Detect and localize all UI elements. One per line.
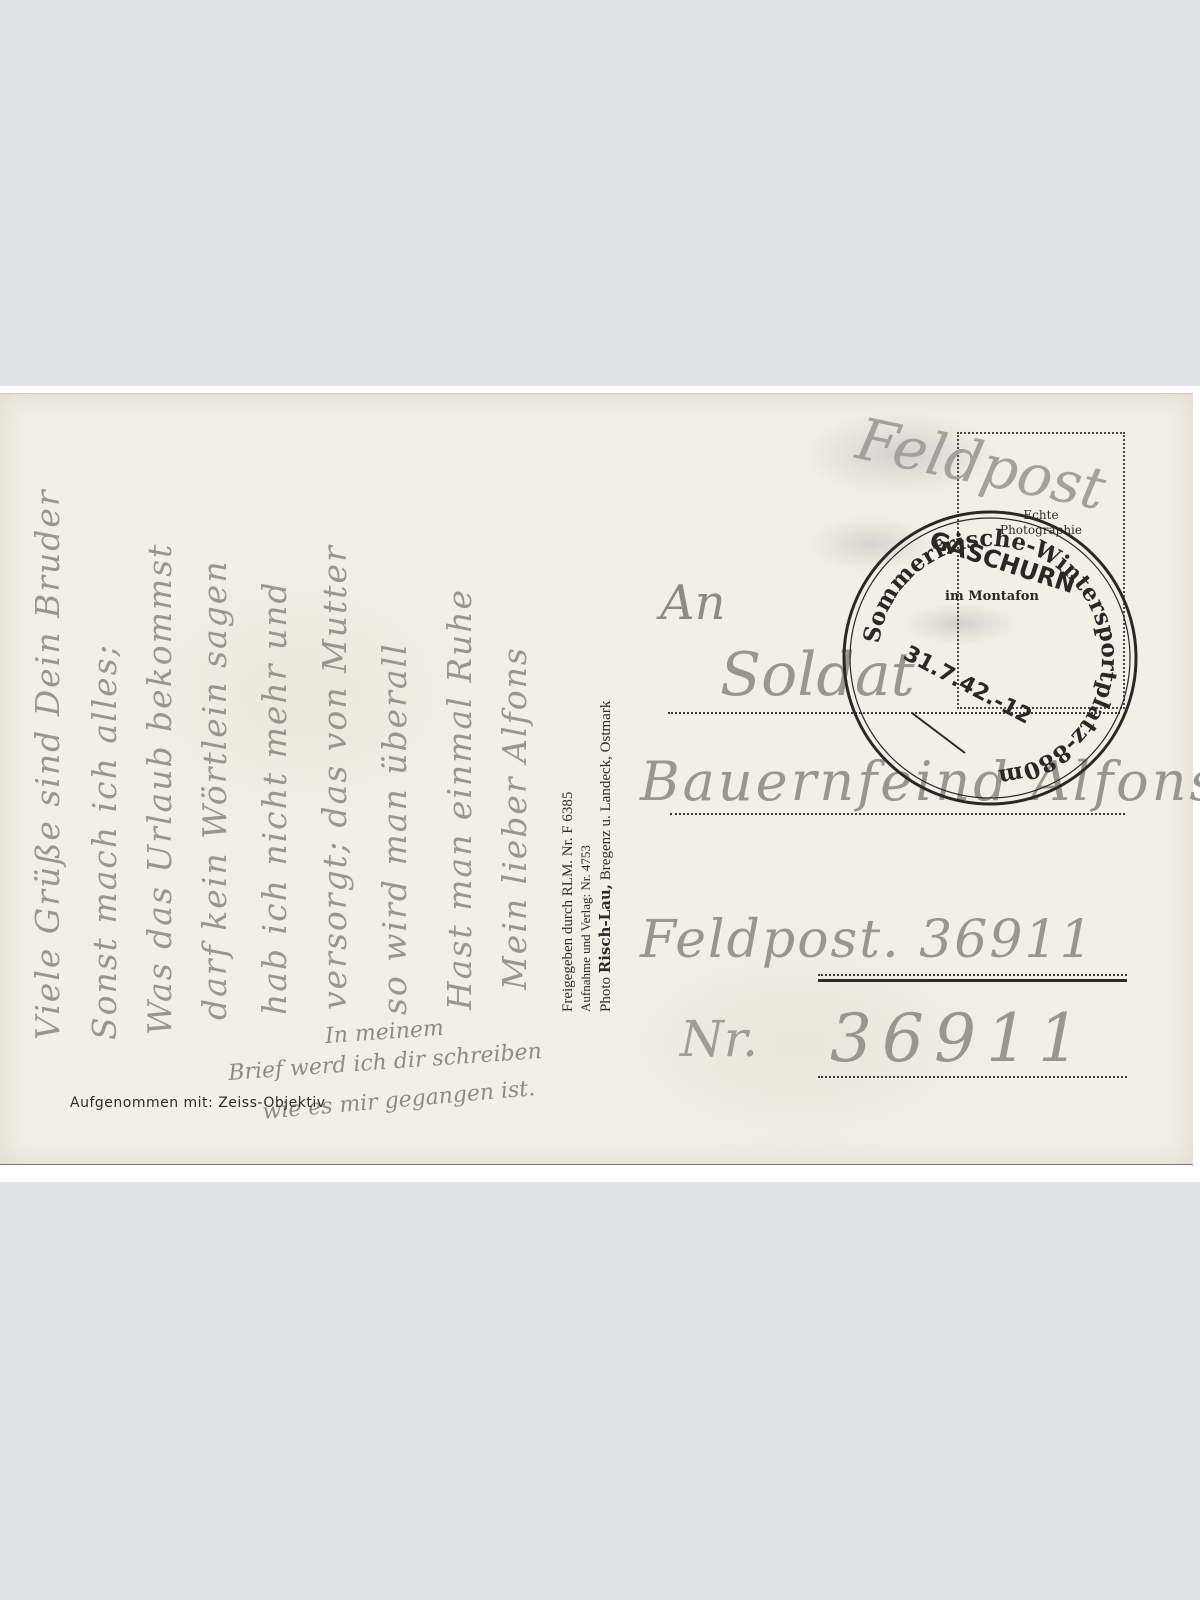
postmark-date: 31.7.42.-12 xyxy=(899,641,1036,729)
message-line: Sonst mach ich alles; xyxy=(85,643,124,1040)
message-line: Viele Grüße sind Dein Bruder xyxy=(28,488,67,1040)
printed-publisher-note: Aufnahme und Verlag: Nr. 4753 xyxy=(578,845,594,1012)
postmark-cancellation: Sommerfrische-Wintersportplatz-880m GASC… xyxy=(840,508,1140,808)
message-line: so wird man überall xyxy=(375,642,414,1015)
message-line: Was das Urlaub bekommst xyxy=(140,543,179,1035)
message-line: Hast man einmal Ruhe xyxy=(440,588,479,1010)
photo-credit-publisher: Risch-Lau, xyxy=(596,884,614,973)
photo-credit-prefix: Photo xyxy=(598,973,614,1012)
message-line: darf kein Wörtlein sagen xyxy=(195,559,234,1020)
address-line xyxy=(818,974,1127,976)
address-underline-thick xyxy=(818,979,1127,982)
postmark-sub: im Montafon xyxy=(945,589,1039,604)
address-line xyxy=(670,813,1125,815)
address-nr-prefix: Nr. xyxy=(680,1010,758,1068)
address-an: An xyxy=(660,575,726,631)
message-line: hab ich nicht mehr und xyxy=(255,580,294,1015)
message-line: versorgt; das von Mutter xyxy=(315,544,354,1010)
address-nr-number: 36911 xyxy=(830,1000,1090,1077)
printed-lens-note: Aufgenommen mit: Zeiss-Objektiv xyxy=(70,1095,326,1111)
message-line: Mein lieber Alfons xyxy=(495,646,534,990)
photo-credit-location: Bregenz u. Landeck, Ostmark xyxy=(598,701,614,884)
printed-photo-credit: Photo Risch-Lau, Bregenz u. Landeck, Ost… xyxy=(596,701,615,1012)
printed-censor-note: Freigegeben durch RLM. Nr. F 6385 xyxy=(560,792,577,1012)
address-feldpost: Feldpost. 36911 xyxy=(640,910,1095,970)
